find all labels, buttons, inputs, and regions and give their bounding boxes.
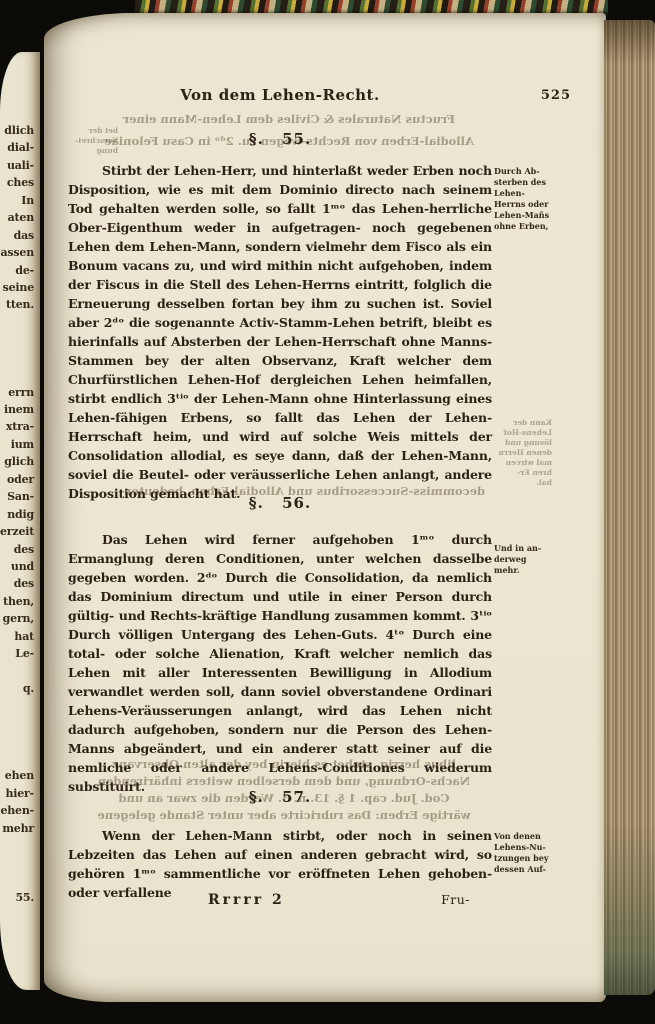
facing-page-fragment	[0, 837, 37, 854]
facing-page-fragment	[0, 663, 37, 680]
facing-page-fragment: Le-	[0, 645, 37, 662]
facing-page-fragments: dlichdial-uali-chesInatendasassende-sein…	[0, 122, 37, 907]
bleedthrough-line: wärtige Erben: Das rubricirte aber unter…	[76, 808, 492, 822]
facing-page-fragment	[0, 732, 37, 749]
facing-page-fragment: assen	[0, 244, 37, 261]
facing-page-fragment: gern,	[0, 610, 37, 627]
facing-page-fragment: ium	[0, 436, 37, 453]
facing-page-fragment: seine	[0, 279, 37, 296]
section-body-56: Das Lehen wird ferner aufgehoben 1ᵐᵒ dur…	[68, 530, 492, 796]
facing-page-fragment: dial-	[0, 139, 37, 156]
facing-page-fragment	[0, 314, 37, 331]
facing-page-fragment	[0, 349, 37, 366]
facing-page-fragment: q.	[0, 680, 37, 697]
facing-page-fragment: ehen	[0, 767, 37, 784]
facing-page-fragment: errn	[0, 384, 37, 401]
facing-page-fragment: ches	[0, 174, 37, 191]
facing-page-fragment: des	[0, 575, 37, 592]
facing-page-fragment: mehr	[0, 820, 37, 837]
facing-page-sliver: dlichdial-uali-chesInatendasassende-sein…	[0, 52, 40, 990]
fore-edge-pages	[604, 20, 655, 995]
signature-row: Rrrrr 2 Fru-	[68, 892, 492, 912]
facing-page-fragment: uali-	[0, 157, 37, 174]
running-header: Von dem Lehen-Recht. 525	[68, 86, 573, 106]
facing-page-fragment	[0, 331, 37, 348]
facing-page-fragment	[0, 697, 37, 714]
catchword: Fru-	[441, 892, 470, 907]
section-body-55: Stirbt der Lehen-Herr, und hinterlaßt we…	[68, 161, 492, 503]
page-number: 525	[541, 88, 571, 103]
facing-page-fragment: de-	[0, 262, 37, 279]
bleedthrough-margin-note: Kann der Lehens-Hof lösung und denen Her…	[494, 418, 552, 488]
margin-note-55: Durch Ab- sterben des Lehen- Herrns oder…	[494, 166, 552, 232]
facing-page-fragment: inem	[0, 401, 37, 418]
facing-page-fragment: oder	[0, 471, 37, 488]
signature-mark: Rrrrr 2	[208, 892, 285, 908]
facing-page-fragment	[0, 366, 37, 383]
facing-page-fragment: des	[0, 541, 37, 558]
margin-note-57: Von denen Lehens-Nu- tzungen bey dessen …	[494, 831, 552, 875]
section-heading-55: §. 55.	[68, 130, 492, 148]
facing-page-fragment: tten.	[0, 296, 37, 313]
facing-page-fragment: das	[0, 227, 37, 244]
facing-page-fragment: ndig	[0, 506, 37, 523]
page-title: Von dem Lehen-Recht.	[68, 86, 492, 104]
section-body-57: Wenn der Lehen-Mann stirbt, oder noch in…	[68, 826, 492, 902]
facing-page-fragment: xtra-	[0, 418, 37, 435]
facing-page-fragment: dlich	[0, 122, 37, 139]
section-heading-57: §. 57.	[68, 788, 492, 806]
facing-page-fragment: glich	[0, 453, 37, 470]
facing-page-fragment: hier-	[0, 785, 37, 802]
facing-page-fragment: 55.	[0, 889, 37, 906]
facing-page-fragment	[0, 715, 37, 732]
margin-note-56: Und in an- derweg mehr.	[494, 543, 552, 576]
facing-page-fragment	[0, 750, 37, 767]
facing-page-fragment: und	[0, 558, 37, 575]
facing-page-fragment: hat	[0, 628, 37, 645]
facing-page-fragment: In	[0, 192, 37, 209]
facing-page-fragment	[0, 872, 37, 889]
facing-page-fragment	[0, 854, 37, 871]
facing-page-fragment: aten	[0, 209, 37, 226]
facing-page-fragment: then,	[0, 593, 37, 610]
book-scan: dlichdial-uali-chesInatendasassende-sein…	[0, 0, 655, 1024]
facing-page-fragment: San-	[0, 488, 37, 505]
facing-page-fragment: ehen-	[0, 802, 37, 819]
section-heading-56: §. 56.	[68, 494, 492, 512]
facing-page-fragment: erzeit	[0, 523, 37, 540]
bleedthrough-line: Fructus Naturales & Civiles dem Lehen-Ma…	[88, 112, 490, 126]
